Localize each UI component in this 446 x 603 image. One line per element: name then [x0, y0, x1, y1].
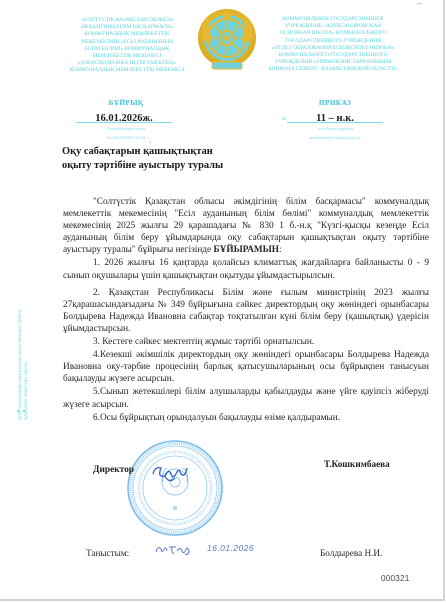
order-date-row: 16.01.2026ж. — [76, 108, 172, 123]
state-emblem-icon — [196, 6, 258, 72]
header-line: білім бөлімі» коммуналдық — [54, 46, 200, 53]
document-subject: Оқу сабақтарын қашықтықтан оқыту тәртібі… — [62, 145, 223, 172]
header-line: коммунального государственного — [253, 52, 413, 59]
order-item: 2. Қазақстан Республикасы Білім және ғыл… — [63, 287, 429, 335]
order-sub-line: село Александровка — [285, 126, 385, 132]
header-org-kazakh: «Солтүстік Қазақстан облысы әкімдігінің … — [54, 17, 200, 75]
order-sub-line: Тел. 8 (71543) 5-21-05 — [76, 135, 176, 141]
signatory-name: Т.Кошкимбаева — [324, 459, 390, 469]
number-sign: № — [282, 116, 286, 121]
margin-bullet-icon — [23, 410, 25, 412]
scan-dot — [150, 142, 151, 143]
header-org-russian: Коммунальное государственное учреждение … — [253, 16, 413, 74]
order-colon: : — [279, 245, 282, 255]
order-block-russian: ПРИКАЗ № 11 – н.к. село Александровка al… — [285, 98, 385, 140]
acknowledgement-date: 16.01.2026 — [207, 543, 254, 553]
header-line: мемлекеттік мекемесі — [54, 53, 200, 60]
header-line: Коммунальное государственное — [253, 16, 413, 23]
header-line: әкімдігінің білім басқармасы» — [54, 24, 200, 31]
header-line: «Александровка негізгі мектебі» — [54, 60, 200, 67]
margin-annotation: Білім алушыларды қашықтықтан оқыту жөнін… — [15, 250, 29, 420]
handwritten-signature-icon — [154, 543, 194, 557]
header-line: коммуналдық мемлекеттік — [54, 31, 200, 38]
header-line: мекемесінің «Есіл ауданының — [54, 39, 200, 46]
order-keyword: БҰЙЫРАМЫН — [213, 245, 279, 255]
margin-bullet-icon — [17, 410, 19, 412]
subject-line: оқыту тәртібіне ауыстыру туралы — [62, 159, 223, 173]
header-line: коммуналдық мемлекеттік мекемесі — [54, 67, 200, 74]
subject-line: Оқу сабақтарын қашықтықтан — [62, 145, 223, 159]
order-item: 1. 2026 жылғы 16 қаңтарда қолайсыз клима… — [63, 257, 429, 281]
acknowledgement-label: Таныстым: — [86, 548, 129, 558]
header-line: государственного учреждения — [253, 38, 413, 45]
official-stamp-icon: ✻ — [125, 438, 225, 538]
order-item: 5.Сынып жетекшілері білім алушыларды қаб… — [63, 386, 429, 410]
acknowledgement-name: Болдырева Н.И. — [320, 548, 382, 558]
document-body: "Солтүстік Қазақстан облысы әкімдігінің … — [63, 196, 429, 424]
header-line: учреждение «Александровская — [253, 23, 413, 30]
header-line: акимата Северо - Казахстанской области» — [253, 66, 413, 73]
order-sub-line: Александровка ауылы — [76, 126, 176, 132]
margin-line: Білім алушыларды қашықтықтан оқыту жөнін… — [17, 310, 22, 420]
svg-text:✻: ✻ — [172, 505, 177, 512]
order-item: 3. Кестеге сәйкес мектептің жұмыс тәртіб… — [63, 336, 429, 348]
header-line: «Солтүстік Қазақстан облысы — [54, 17, 200, 24]
order-item: 4.Кезекші әкімшілік директордың оқу жөні… — [63, 349, 429, 385]
order-title: БҰЙРЫҚ — [76, 98, 176, 107]
order-item: 6.Осы бұйрықтың орындалуын бақылауды өзі… — [63, 412, 429, 424]
signatory-role: Директор — [93, 465, 134, 475]
order-number-row: № 11 – н.к. — [287, 108, 383, 123]
order-date: 16.01.2026ж. — [95, 113, 153, 124]
page-code: 000321 — [381, 574, 410, 583]
document-page: «Солтүстік Қазақстан облысы әкімдігінің … — [0, 0, 445, 601]
header-line: основная школа» коммунального — [253, 30, 413, 37]
order-number: 11 – н.к. — [316, 113, 354, 124]
scan-mark — [417, 3, 422, 4]
preamble-paragraph: "Солтүстік Қазақстан облысы әкімдігінің … — [63, 196, 429, 256]
order-title: ПРИКАЗ — [285, 98, 385, 107]
header-line: «Отдел образования Есильского района» — [253, 45, 413, 52]
order-block-kazakh: БҰЙРЫҚ 16.01.2026ж. Александровка ауылы … — [76, 98, 176, 140]
order-sub-line: aleksandrovka-shkola@sko.kz — [285, 135, 385, 141]
